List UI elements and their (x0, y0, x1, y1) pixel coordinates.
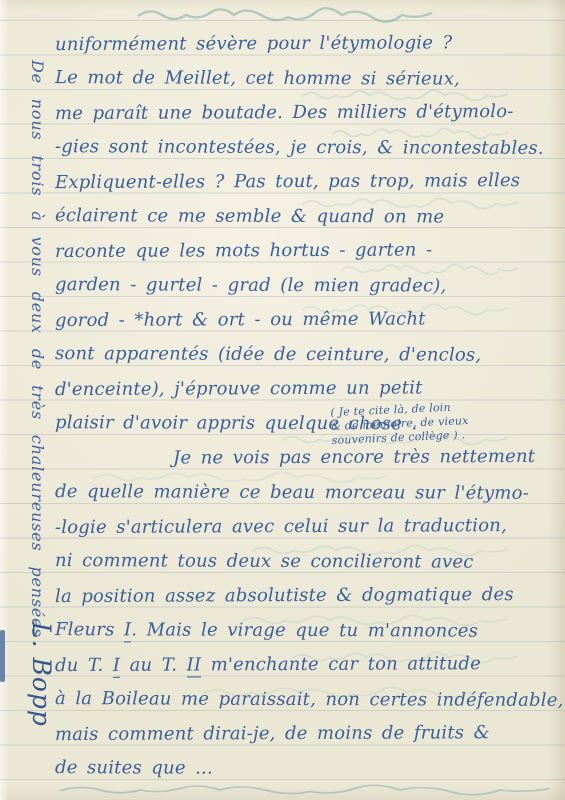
handwritten-line: raconte que les mots hortus - garten - (55, 233, 547, 270)
handwritten-line: me paraît une boutade. Des milliers d'ét… (55, 95, 547, 132)
handwritten-line: gorod - *hort & ort - ou même Wacht (55, 302, 547, 339)
handwritten-line: -gies sont incontestées, je crois, & inc… (55, 130, 547, 166)
handwritten-line: éclairent ce me semble & quand on me (55, 199, 547, 235)
handwritten-line: Expliquent-elles ? Pas tout, pas trop, m… (55, 164, 547, 201)
letter-page: uniformément sévère pour l'étymologie ? … (0, 0, 565, 800)
ink-showthrough (135, 5, 435, 25)
ink-edge-mark (0, 630, 5, 682)
handwritten-line: ni comment tous deux se concilieront ave… (55, 544, 547, 580)
handwritten-line: garden - gurtel - grad (le mien gradec), (55, 268, 547, 304)
line-text: du T. (55, 655, 113, 676)
handwritten-line: mais comment dirai-je, de moins de fruit… (55, 716, 547, 753)
handwritten-line: sont apparentés (idée de ceinture, d'enc… (55, 337, 547, 373)
handwritten-line: uniformément sévère pour l'étymologie ? (55, 26, 547, 63)
line-text: . Mais le virage que tu m'annonces (131, 619, 478, 641)
margin-note: De nous trois à vous deux de très chaleu… (28, 60, 47, 572)
handwritten-line: à la Boileau me paraissait, non certes i… (55, 682, 547, 718)
line-text: m'enchante car ton attitude (201, 653, 481, 675)
handwritten-line: Fleurs I. Mais le virage que tu m'annonc… (55, 613, 547, 649)
handwritten-line: Le mot de Meillet, cet homme si sérieux, (55, 61, 547, 97)
line-text: Fleurs (55, 619, 124, 640)
handwritten-line: du T. I au T. II m'enchante car ton atti… (55, 647, 547, 684)
handwritten-line: de suites que ... (55, 751, 547, 787)
handwritten-line: -logie s'articulera avec celui sur la tr… (55, 509, 547, 546)
line-text: au T. (120, 654, 187, 675)
signature: L. Bopp (27, 622, 56, 762)
handwritten-line: Je ne vois pas encore très nettement (55, 440, 547, 477)
handwritten-line: la position assez absolutiste & dogmatiq… (55, 578, 547, 615)
underlined-numeral: II (187, 654, 202, 677)
handwritten-line: de quelle manière ce beau morceau sur l'… (55, 475, 547, 511)
